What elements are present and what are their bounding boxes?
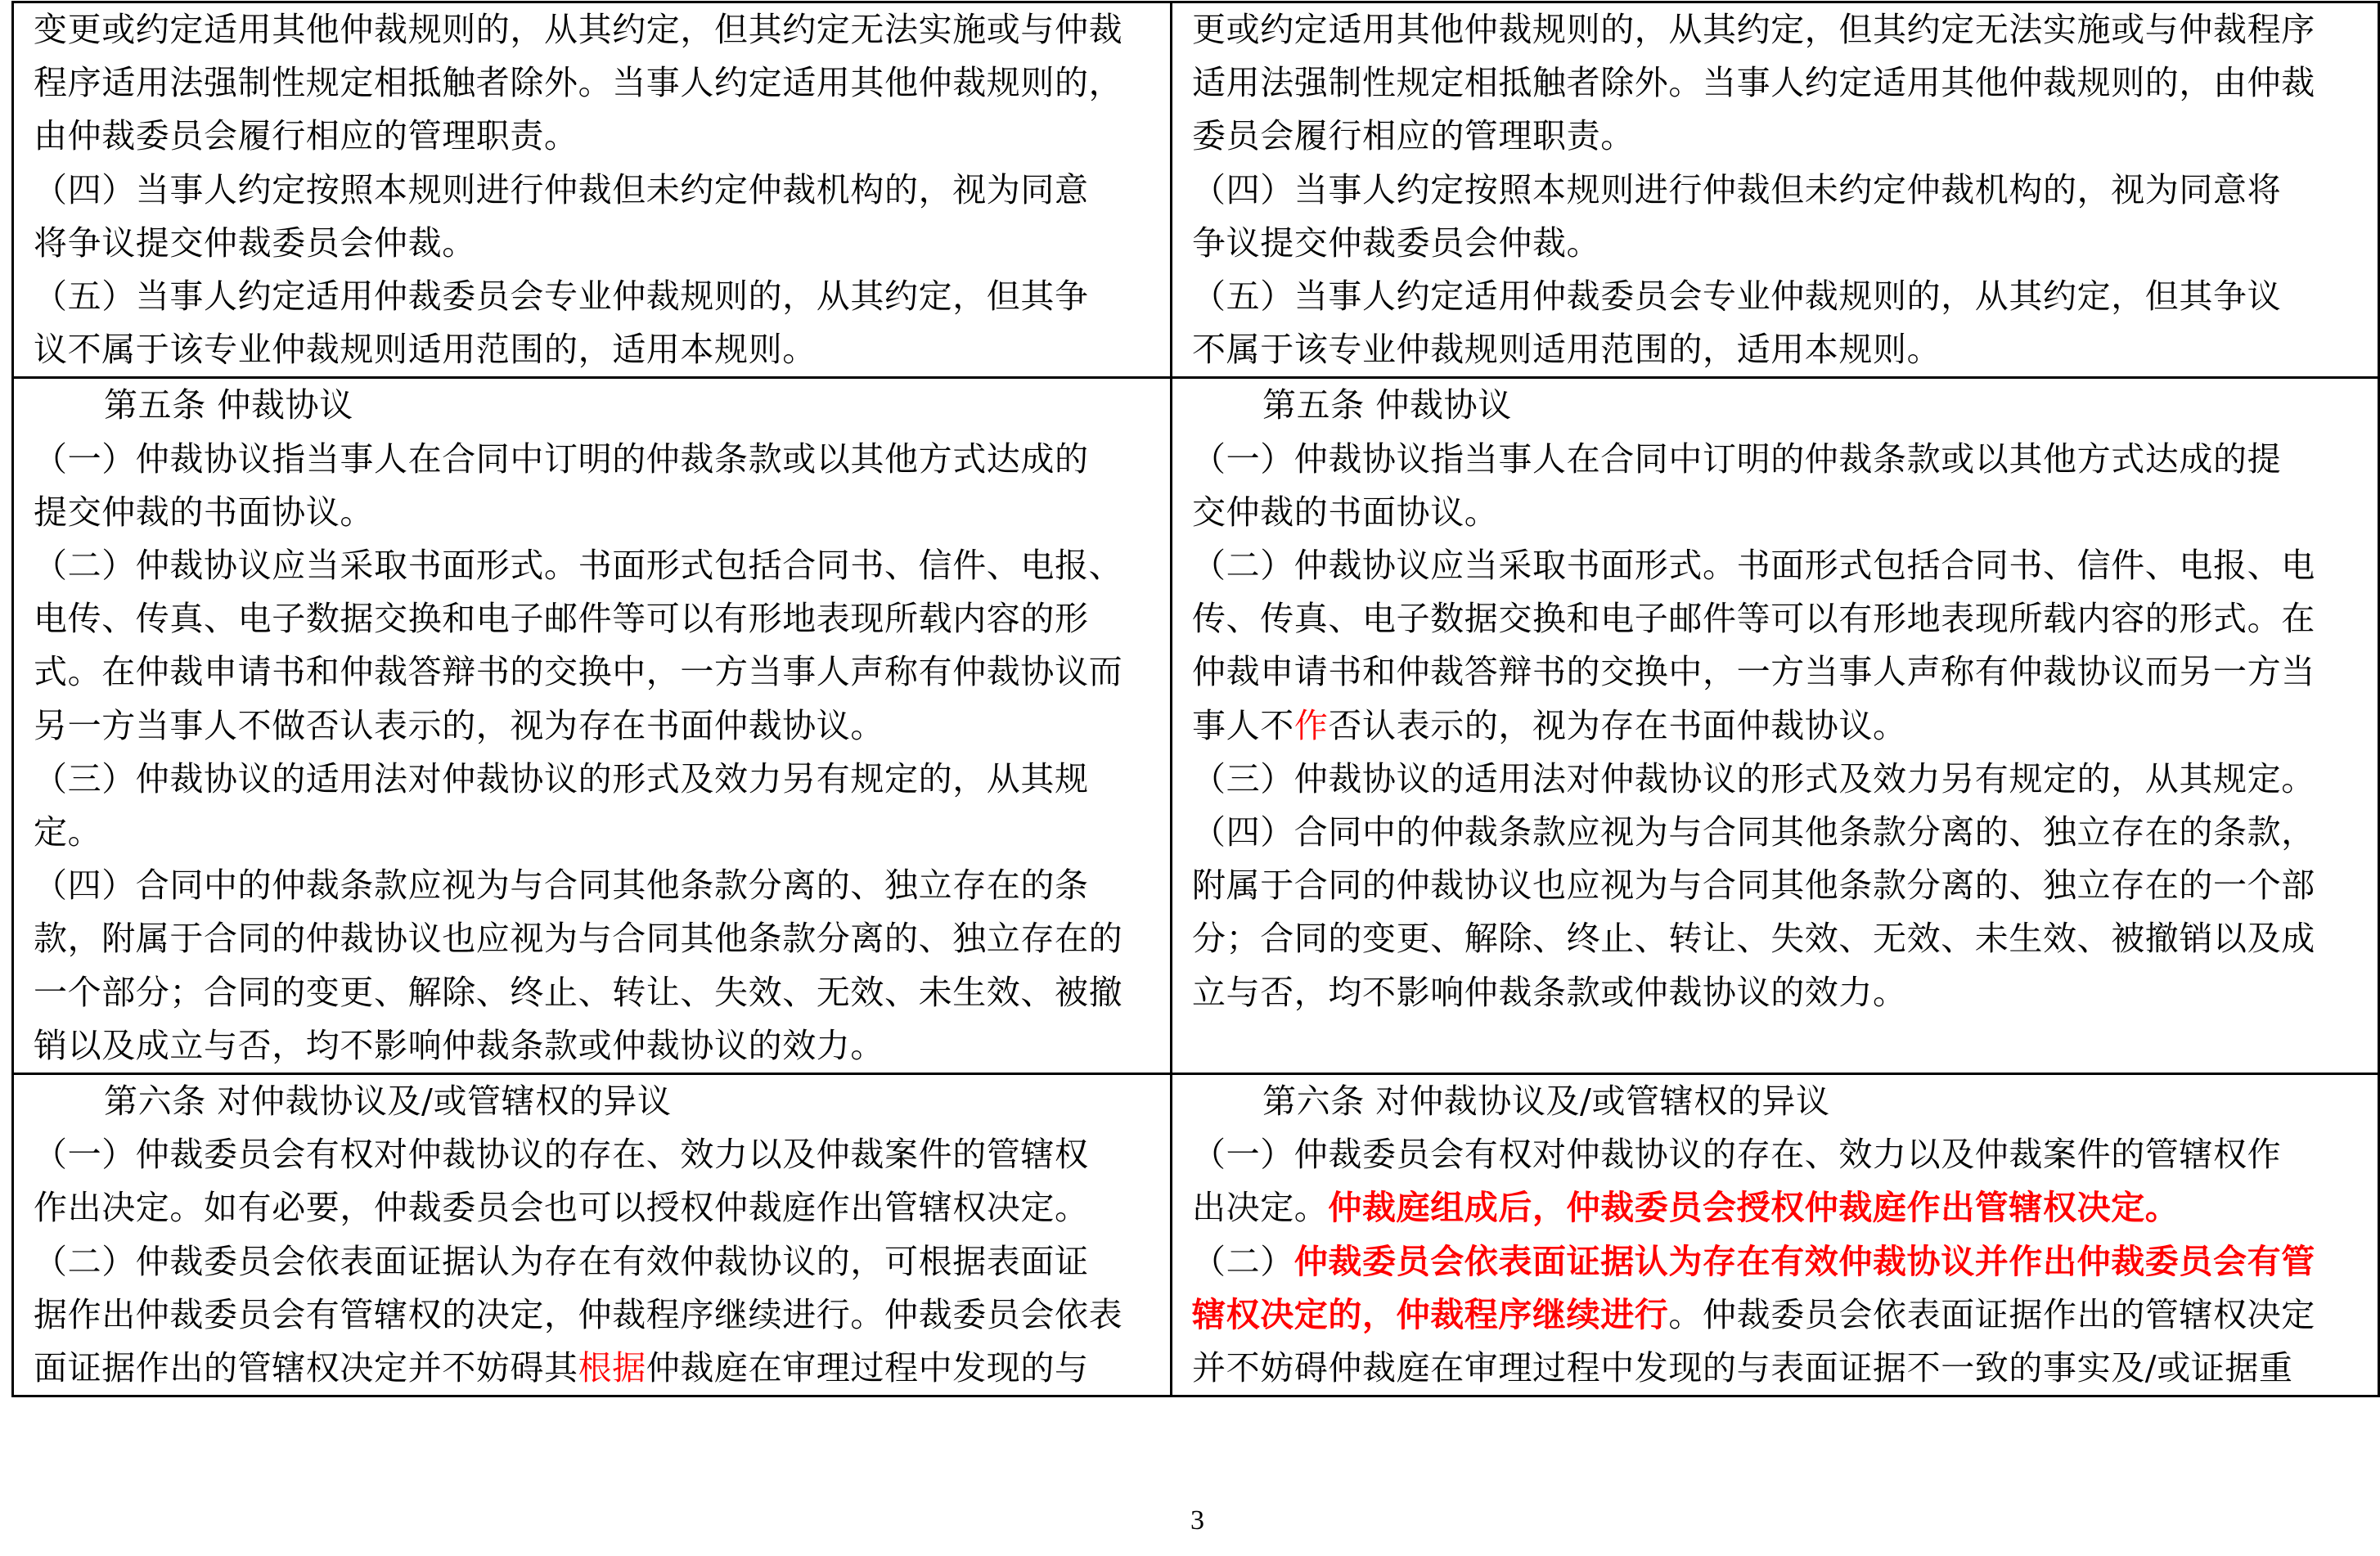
text-line: 议不属于该专业仲裁规则适用范围的，适用本规则。 xyxy=(34,323,1170,376)
text-line: 委员会履行相应的管理职责。 xyxy=(1192,110,2378,163)
text-segment: （二） xyxy=(1192,1242,1294,1281)
article-heading: 第五条 仲裁协议 xyxy=(1192,379,2378,432)
text-segment: 仲裁庭在审理过程中发现的与 xyxy=(646,1348,1089,1387)
original-text-cell: 第五条 仲裁协议（一）仲裁协议指当事人在合同中订明的仲裁条款或以其他方式达成的提… xyxy=(13,378,1172,1074)
text-line: 适用法强制性规定相抵触者除外。当事人约定适用其他仲裁规则的，由仲裁 xyxy=(1192,56,2378,110)
text-line: 电传、传真、电子数据交换和电子邮件等可以有形地表现所载内容的形 xyxy=(34,592,1170,645)
text-line: （四）合同中的仲裁条款应视为与合同其他条款分离的、独立存在的条款， xyxy=(1192,806,2378,859)
text-line: 交仲裁的书面协议。 xyxy=(1192,486,2378,539)
highlighted-change: 辖权决定的，仲裁程序继续进行 xyxy=(1192,1295,1668,1334)
text-line: 作出决定。如有必要，仲裁委员会也可以授权仲裁庭作出管辖权决定。 xyxy=(34,1181,1170,1234)
article-heading: 第六条 对仲裁协议及/或管辖权的异议 xyxy=(1192,1075,2378,1128)
text-line: 将争议提交仲裁委员会仲裁。 xyxy=(34,217,1170,270)
text-segment: 事人不 xyxy=(1192,706,1294,745)
text-line: （二）仲裁委员会依表面证据认为存在有效仲裁协议并作出仲裁委员会有管 xyxy=(1192,1235,2378,1288)
text-line: 由仲裁委员会履行相应的管理职责。 xyxy=(34,110,1170,163)
page-number: 3 xyxy=(1190,1505,1204,1536)
text-line: 辖权决定的，仲裁程序继续进行。仲裁委员会依表面证据作出的管辖权决定 xyxy=(1192,1288,2378,1342)
text-segment: 出决定。 xyxy=(1192,1188,1328,1227)
revised-text-cell: 第五条 仲裁协议（一）仲裁协议指当事人在合同中订明的仲裁条款或以其他方式达成的提… xyxy=(1172,378,2379,1074)
text-line: 并不妨碍仲裁庭在审理过程中发现的与表面证据不一致的事实及/或证据重 xyxy=(1192,1342,2378,1395)
text-line: （二）仲裁协议应当采取书面形式。书面形式包括合同书、信件、电报、电 xyxy=(1192,539,2378,592)
highlighted-change: 作 xyxy=(1294,706,1329,745)
text-line: 程序适用法强制性规定相抵触者除外。当事人约定适用其他仲裁规则的， xyxy=(34,56,1170,110)
article-heading: 第六条 对仲裁协议及/或管辖权的异议 xyxy=(34,1075,1170,1128)
text-line: （三）仲裁协议的适用法对仲裁协议的形式及效力另有规定的，从其规 xyxy=(34,753,1170,806)
text-line: 事人不作否认表示的，视为存在书面仲裁协议。 xyxy=(1192,699,2378,753)
text-line: 销以及成立与否，均不影响仲裁条款或仲裁协议的效力。 xyxy=(34,1019,1170,1073)
table-row-article-5: 第五条 仲裁协议（一）仲裁协议指当事人在合同中订明的仲裁条款或以其他方式达成的提… xyxy=(13,378,2379,1074)
text-line: （一）仲裁委员会有权对仲裁协议的存在、效力以及仲裁案件的管辖权作 xyxy=(1192,1128,2378,1181)
text-line: 出决定。仲裁庭组成后，仲裁委员会授权仲裁庭作出管辖权决定。 xyxy=(1192,1181,2378,1234)
comparison-table: 变更或约定适用其他仲裁规则的，从其约定，但其约定无法实施或与仲裁程序适用法强制性… xyxy=(11,1,2380,1397)
text-line: （二）仲裁协议应当采取书面形式。书面形式包括合同书、信件、电报、 xyxy=(34,539,1170,592)
original-text-cell: 第六条 对仲裁协议及/或管辖权的异议（一）仲裁委员会有权对仲裁协议的存在、效力以… xyxy=(13,1074,1172,1396)
highlighted-change: 仲裁委员会依表面证据认为存在有效仲裁协议并作出仲裁委员会有管 xyxy=(1294,1242,2315,1281)
text-line: 不属于该专业仲裁规则适用范围的，适用本规则。 xyxy=(1192,323,2378,376)
text-line: 款，附属于合同的仲裁协议也应视为与合同其他条款分离的、独立存在的 xyxy=(34,912,1170,965)
text-line: 式。在仲裁申请书和仲裁答辩书的交换中，一方当事人声称有仲裁协议而 xyxy=(34,645,1170,699)
text-line: （二）仲裁委员会依表面证据认为存在有效仲裁协议的，可根据表面证 xyxy=(34,1235,1170,1288)
text-line: （五）当事人约定适用仲裁委员会专业仲裁规则的，从其约定，但其争 xyxy=(34,270,1170,323)
revised-text-cell: 更或约定适用其他仲裁规则的，从其约定，但其约定无法实施或与仲裁程序适用法强制性规… xyxy=(1172,2,2379,378)
text-line: 仲裁申请书和仲裁答辩书的交换中，一方当事人声称有仲裁协议而另一方当 xyxy=(1192,645,2378,699)
text-line: 附属于合同的仲裁协议也应视为与合同其他条款分离的、独立存在的一个部 xyxy=(1192,859,2378,912)
text-line: （五）当事人约定适用仲裁委员会专业仲裁规则的，从其约定，但其争议 xyxy=(1192,270,2378,323)
highlighted-change: 根据 xyxy=(578,1348,646,1387)
text-line: （一）仲裁委员会有权对仲裁协议的存在、效力以及仲裁案件的管辖权 xyxy=(34,1128,1170,1181)
text-line: 定。 xyxy=(34,806,1170,859)
text-line: （四）当事人约定按照本规则进行仲裁但未约定仲裁机构的，视为同意将 xyxy=(1192,164,2378,217)
text-line: 面证据作出的管辖权决定并不妨碍其根据仲裁庭在审理过程中发现的与 xyxy=(34,1342,1170,1395)
text-segment: 。仲裁委员会依表面证据作出的管辖权决定 xyxy=(1668,1295,2315,1334)
text-line: （四）合同中的仲裁条款应视为与合同其他条款分离的、独立存在的条 xyxy=(34,859,1170,912)
text-line: （一）仲裁协议指当事人在合同中订明的仲裁条款或以其他方式达成的 xyxy=(34,433,1170,486)
article-heading: 第五条 仲裁协议 xyxy=(34,379,1170,432)
table-row-article-6: 第六条 对仲裁协议及/或管辖权的异议（一）仲裁委员会有权对仲裁协议的存在、效力以… xyxy=(13,1074,2379,1396)
text-line: 据作出仲裁委员会有管辖权的决定，仲裁程序继续进行。仲裁委员会依表 xyxy=(34,1288,1170,1342)
text-line: 争议提交仲裁委员会仲裁。 xyxy=(1192,217,2378,270)
text-line: 分；合同的变更、解除、终止、转让、失效、无效、未生效、被撤销以及成 xyxy=(1192,912,2378,965)
text-line: 一个部分；合同的变更、解除、终止、转让、失效、无效、未生效、被撤 xyxy=(34,966,1170,1019)
table-row-article-4-continued: 变更或约定适用其他仲裁规则的，从其约定，但其约定无法实施或与仲裁程序适用法强制性… xyxy=(13,2,2379,378)
text-line: （四）当事人约定按照本规则进行仲裁但未约定仲裁机构的，视为同意 xyxy=(34,164,1170,217)
text-segment: 面证据作出的管辖权决定并不妨碍其 xyxy=(34,1348,578,1387)
text-line: （一）仲裁协议指当事人在合同中订明的仲裁条款或以其他方式达成的提 xyxy=(1192,433,2378,486)
text-line: 传、传真、电子数据交换和电子邮件等可以有形地表现所载内容的形式。在 xyxy=(1192,592,2378,645)
revised-text-cell: 第六条 对仲裁协议及/或管辖权的异议（一）仲裁委员会有权对仲裁协议的存在、效力以… xyxy=(1172,1074,2379,1396)
text-segment: 否认表示的，视为存在书面仲裁协议。 xyxy=(1328,706,1906,745)
text-line: 更或约定适用其他仲裁规则的，从其约定，但其约定无法实施或与仲裁程序 xyxy=(1192,3,2378,56)
text-line: 变更或约定适用其他仲裁规则的，从其约定，但其约定无法实施或与仲裁 xyxy=(34,3,1170,56)
text-line: 提交仲裁的书面协议。 xyxy=(34,486,1170,539)
original-text-cell: 变更或约定适用其他仲裁规则的，从其约定，但其约定无法实施或与仲裁程序适用法强制性… xyxy=(13,2,1172,378)
text-line: 另一方当事人不做否认表示的，视为存在书面仲裁协议。 xyxy=(34,699,1170,753)
text-line: 立与否，均不影响仲裁条款或仲裁协议的效力。 xyxy=(1192,966,2378,1019)
text-line: （三）仲裁协议的适用法对仲裁协议的形式及效力另有规定的，从其规定。 xyxy=(1192,753,2378,806)
highlighted-change: 仲裁庭组成后，仲裁委员会授权仲裁庭作出管辖权决定。 xyxy=(1328,1188,2179,1227)
